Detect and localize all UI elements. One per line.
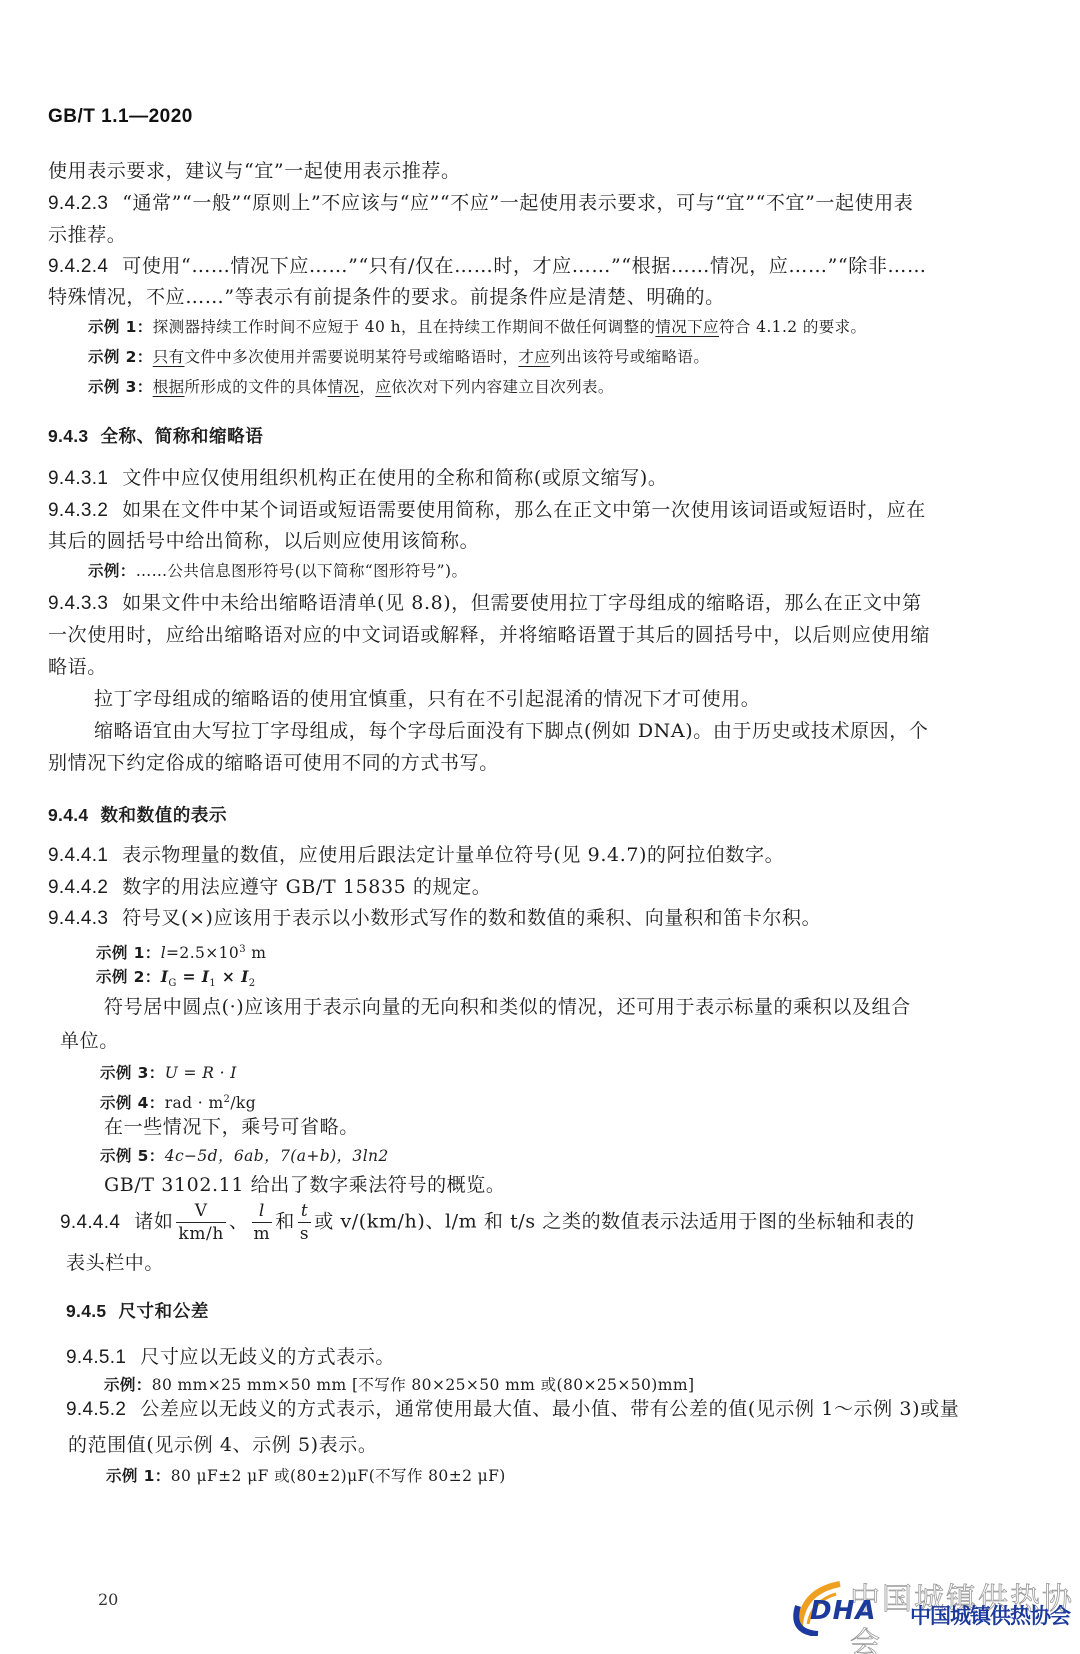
example-label: 示例： <box>88 562 136 580</box>
example-label: 示例 1： <box>106 1467 171 1485</box>
example-label: 示例 5： <box>100 1147 165 1165</box>
example-label: 示例： <box>104 1376 152 1394</box>
clause-text: 表头栏中。 <box>66 1250 1020 1276</box>
clause-9-4-4-2: 9.4.4.2数字的用法应遵守 GB/T 15835 的规定。 <box>48 874 1020 901</box>
underlined-term: 只有 <box>153 348 185 366</box>
fraction-v-kmh: Vkm/h <box>176 1200 226 1245</box>
section-heading-9-4-5: 9.4.5尺寸和公差 <box>66 1298 1020 1324</box>
example-2: 示例 2：只有文件中多次使用并需要说明某符号或缩略语时，才应列出该符号或缩略语。 <box>88 344 1020 370</box>
example-3-formula: 示例 3：U = R · I <box>100 1060 1020 1086</box>
clause-9-4-5-1: 9.4.5.1尺寸应以无歧义的方式表示。 <box>66 1344 1020 1371</box>
underlined-term: 应 <box>375 378 391 396</box>
clause-9-4-5-2: 9.4.5.2公差应以无歧义的方式表示，通常使用最大值、最小值、带有公差的值(见… <box>66 1396 1020 1423</box>
dha-logo-text: DHA <box>810 1596 876 1626</box>
example-label: 示例 2： <box>88 348 153 366</box>
clause-text: 的范围值(见示例 4、示例 5)表示。 <box>68 1432 1020 1458</box>
example-label: 示例 3： <box>88 378 153 396</box>
clause-text: 示推荐。 <box>48 222 1020 248</box>
paragraph: 符号居中圆点(·)应该用于表示向量的无向积和类似的情况，还可用于表示标量的乘积以… <box>104 994 1020 1020</box>
paragraph: 拉丁字母组成的缩略语的使用宜慎重，只有在不引起混淆的情况下才可使用。 <box>94 686 1020 712</box>
clause-number: 9.4.5.2 <box>66 1399 126 1420</box>
example-label: 示例 4： <box>100 1094 165 1112</box>
underlined-term: 根据 <box>153 378 185 396</box>
paragraph: GB/T 3102.11 给出了数字乘法符号的概览。 <box>104 1172 1020 1198</box>
fraction-l-m: lm <box>252 1200 273 1245</box>
watermark-org-name: 中国城镇供热协会 <box>910 1600 1070 1630</box>
clause-number: 9.4.2.4 <box>48 256 108 277</box>
clause-number: 9.4.4.2 <box>48 877 108 898</box>
clause-9-4-4-4: 9.4.4.4诸如Vkm/h、lm和ts或 v/(km/h)、l/m 和 t/s… <box>60 1200 1020 1245</box>
standard-id: GB/T 1.1—2020 <box>48 106 193 128</box>
paragraph: 在一些情况下，乘号可省略。 <box>104 1114 1020 1140</box>
clause-9-4-3-3: 9.4.3.3如果文件中未给出缩略语清单(见 8.8)，但需要使用拉丁字母组成的… <box>48 590 1020 617</box>
example-5-formula: 示例 5：4c−5d，6ab，7(a+b)，3ln2 <box>100 1143 1020 1169</box>
page-number: 20 <box>98 1590 118 1609</box>
example-label: 示例 1： <box>88 318 153 336</box>
paragraph-continuation: 使用表示要求，建议与“宜”一起使用表示推荐。 <box>48 158 1020 184</box>
clause-number: 9.4.5.1 <box>66 1347 126 1368</box>
clause-number: 9.4.3.3 <box>48 593 108 614</box>
document-page: GB/T 1.1—2020 使用表示要求，建议与“宜”一起使用表示推荐。 9.4… <box>0 0 1080 1654</box>
underlined-term: 情况 <box>328 378 360 396</box>
example-1-formula: 示例 1：l=2.5×103 m <box>96 937 1020 966</box>
clause-number: 9.4.4.4 <box>60 1212 120 1233</box>
section-heading-9-4-4: 9.4.4数和数值的表示 <box>48 802 1020 828</box>
example-4-formula: 示例 4：rad · m2/kg <box>100 1087 1020 1116</box>
clause-number: 9.4.3.2 <box>48 500 108 521</box>
clause-text: 一次使用时，应给出缩略语对应的中文词语或解释，并将缩略语置于其后的圆括号中，以后… <box>48 622 1020 648</box>
clause-9-4-3-1: 9.4.3.1文件中应仅使用组织机构正在使用的全称和简称(或原文缩写)。 <box>48 465 1020 492</box>
example-label: 示例 1： <box>96 944 161 962</box>
paragraph: 别情况下约定俗成的缩略语可使用不同的方式书写。 <box>48 750 1020 776</box>
fraction-t-s: ts <box>298 1200 311 1245</box>
example-label: 示例 3： <box>100 1064 165 1082</box>
clause-9-4-2-4: 9.4.2.4可使用“……情况下应……”“只有/仅在……时，才应……”“根据……… <box>48 253 1020 280</box>
clause-number: 9.4.4.1 <box>48 845 108 866</box>
clause-text: 略语。 <box>48 654 1020 680</box>
clause-9-4-4-1: 9.4.4.1表示物理量的数值，应使用后跟法定计量单位符号(见 9.4.7)的阿… <box>48 842 1020 869</box>
example-dimensions: 示例：80 mm×25 mm×50 mm [不写作 80×25×50 mm 或(… <box>104 1372 1020 1398</box>
example-1: 示例 1：探测器持续工作时间不应短于 40 h，且在持续工作期间不做任何调整的情… <box>88 314 1020 340</box>
underlined-term: 情况下应 <box>655 318 719 336</box>
watermark: 中国城镇供热协会 DHA 中国城镇供热协会 <box>790 1572 1080 1642</box>
clause-9-4-4-3: 9.4.4.3符号叉(×)应该用于表示以小数形式写作的数和数值的乘积、向量积和笛… <box>48 905 1020 932</box>
example: 示例：……公共信息图形符号(以下简称“图形符号”)。 <box>88 558 1020 584</box>
clause-number: 9.4.4.3 <box>48 908 108 929</box>
clause-number: 9.4.2.3 <box>48 193 108 214</box>
example-tolerance: 示例 1：80 μF±2 μF 或(80±2)μF(不写作 80±2 μF) <box>106 1463 1020 1489</box>
example-3: 示例 3：根据所形成的文件的具体情况，应依次对下列内容建立目次列表。 <box>88 374 1020 400</box>
clause-text: 其后的圆括号中给出简称，以后则应使用该简称。 <box>48 528 1020 554</box>
paragraph: 缩略语宜由大写拉丁字母组成，每个字母后面没有下脚点(例如 DNA)。由于历史或技… <box>94 718 1020 744</box>
section-heading-9-4-3: 9.4.3全称、简称和缩略语 <box>48 423 1020 449</box>
paragraph: 单位。 <box>60 1028 1020 1054</box>
clause-number: 9.4.3.1 <box>48 468 108 489</box>
clause-9-4-3-2: 9.4.3.2如果在文件中某个词语或短语需要使用简称，那么在正文中第一次使用该词… <box>48 497 1020 524</box>
underlined-term: 才应 <box>518 348 550 366</box>
clause-9-4-2-3: 9.4.2.3“通常”“一般”“原则上”不应该与“应”“不应”一起使用表示要求，… <box>48 190 1020 217</box>
clause-text: 特殊情况，不应……”等表示有前提条件的要求。前提条件应是清楚、明确的。 <box>48 284 1020 310</box>
example-2-formula: 示例 2：IG = I1 × I2 <box>96 964 1020 997</box>
example-label: 示例 2： <box>96 968 161 986</box>
